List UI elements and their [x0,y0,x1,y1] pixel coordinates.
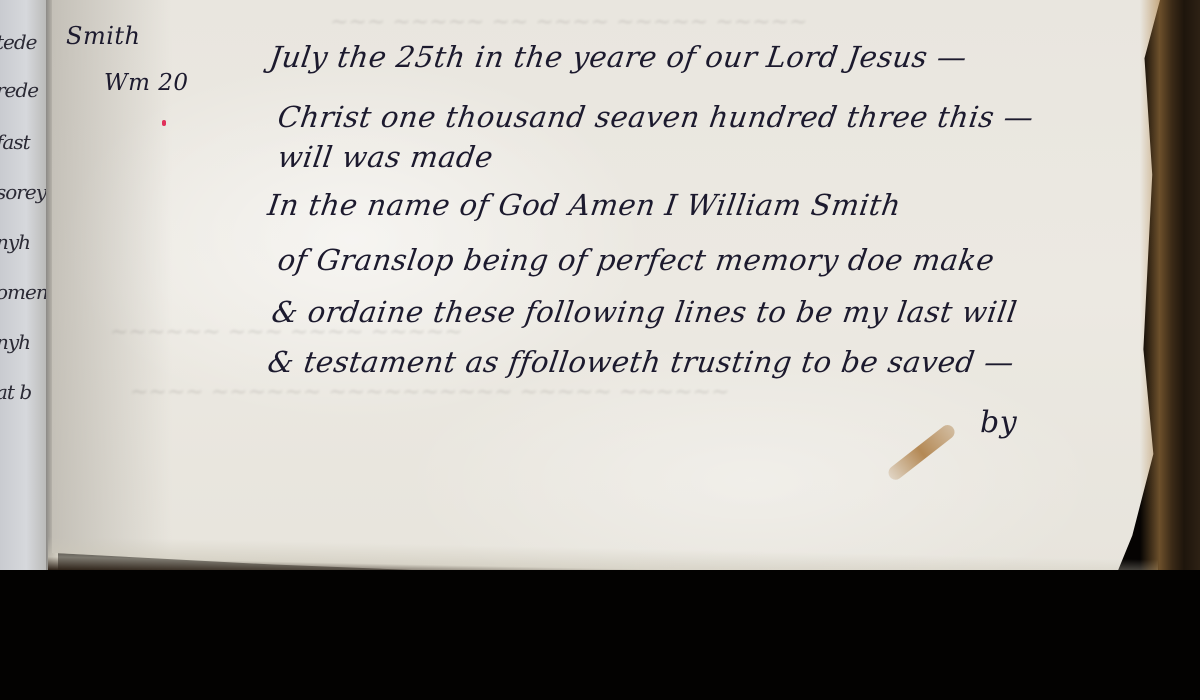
margin-entry-number: Wm 20 [104,70,189,96]
manuscript-line-1: July the 25th in the yeare of our Lord J… [268,40,970,74]
book-binding [1160,0,1200,590]
left-page-fragment: at b [0,380,31,404]
manuscript-line-2: Christ one thousand seaven hundred three… [276,100,1036,134]
facing-page-left: tede rede fast sorey nyh omen nyh at b [0,0,48,588]
manuscript-line-5: of Granslop being of perfect memory doe … [276,243,997,277]
left-page-fragment: nyh [0,230,30,254]
bleed-through-text: ~~~~ ~~~~~~ ~~~~~~~~~~ ~~~~~ ~~~~~~ [130,380,729,405]
dark-background [0,570,1200,700]
red-ink-mark [162,120,166,126]
catchword: by [980,405,1017,440]
manuscript-photo: tede rede fast sorey nyh omen nyh at b ~… [0,0,1200,700]
manuscript-line-4: In the name of God Amen I William Smith [266,188,904,222]
manuscript-line-6: & ordaine these following lines to be my… [270,295,1020,329]
left-page-fragment: fast [0,130,30,154]
manuscript-line-3: will was made [276,140,496,174]
left-page-fragment: rede [0,78,38,102]
left-page-fragment: tede [0,30,37,54]
bleed-through-text: ~~~ ~~~~~ ~~ ~~~~ ~~~~~ ~~~~~ [330,10,807,35]
left-page-fragment: nyh [0,330,30,354]
margin-surname: Smith [66,22,140,50]
left-page-fragment: omen [0,280,48,304]
manuscript-page [52,0,1160,582]
left-page-fragment: sorey [0,180,46,204]
manuscript-line-7: & testament as ffolloweth trusting to be… [266,345,1017,379]
